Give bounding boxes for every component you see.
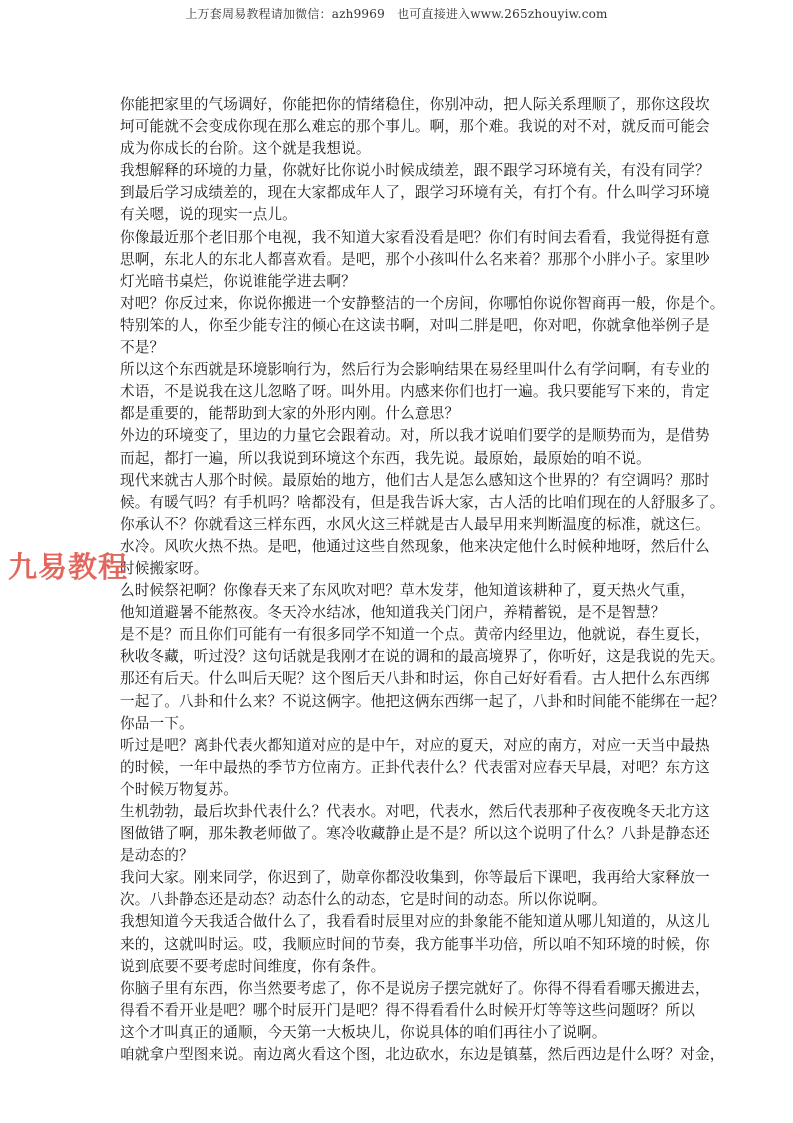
text-line: 候。有暖气吗？有手机吗？啥都没有，但是我告诉大家，古人活的比咱们现在的人舒服多了… [120, 492, 676, 514]
text-line: 所以这个东西就是环境影响行为，然后行为会影响结果在易经里叫什么有学问啊，有专业的 [120, 359, 676, 381]
text-line: 是不是？而且你们可能有一有很多同学不知道一个点。黄帝内经里边，他就说，春生夏长， [120, 624, 676, 646]
text-line: 而起，都打一遍，所以我说到环境这个东西，我先说。最原始，最原始的咱不说。 [120, 448, 676, 470]
text-line: 不是？ [120, 337, 676, 359]
text-line: 是动态的？ [120, 845, 676, 867]
text-line: 那还有后天。什么叫后天呢？这个图后天八卦和时运，你自己好好看看。古人把什么东西绑 [120, 668, 676, 690]
text-line: 次。八卦静态还是动态？动态什么的动态，它是时间的动态。所以你说啊。 [120, 889, 676, 911]
text-line: 灯光暗书桌烂，你说谁能学进去啊？ [120, 271, 676, 293]
text-line: 的时候，一年中最热的季节方位南方。正卦代表什么？代表雷对应春天早晨，对吧？东方这 [120, 757, 676, 779]
text-line: 现代来就古人那个时候。最原始的地方，他们古人是怎么感知这个世界的？有空调吗？那时 [120, 470, 676, 492]
text-line: 到最后学习成绩差的，现在大家都成年人了，跟学习环境有关，有打个有。什么叫学习环境 [120, 182, 676, 204]
text-line: 你能把家里的气场调好，你能把你的情绪稳住，你别冲动，把人际关系理顺了，那你这段坎 [120, 94, 676, 116]
text-line: 你脑子里有东西，你当然要考虑了，你不是说房子摆完就好了。你得不得看看哪天搬进去， [120, 978, 676, 1000]
text-line: 你品一下。 [120, 713, 676, 735]
text-line: 这个才叫真正的通顺，今天第一大板块儿，你说具体的咱们再往小了说啊。 [120, 1022, 676, 1044]
text-line: 思啊，东北人的东北人都喜欢看。是吧，那个小孩叫什么名来着？那那个小胖小子。家里吵 [120, 249, 676, 271]
text-line: 生机勃勃，最后坎卦代表什么？代表水。对吧，代表水，然后代表那种子夜夜晚冬天北方这 [120, 801, 676, 823]
text-line: 来的，这就叫时运。哎，我顺应时间的节奏，我方能事半功倍，所以咱不知环境的时候，你 [120, 934, 676, 956]
text-line: 成为你成长的台阶。这个就是我想说。 [120, 138, 676, 160]
text-line: 有关嗯，说的现实一点儿。 [120, 204, 676, 226]
text-line: 术语，不是说我在这儿忽略了呀。叫外用。内感来你们也打一遍。我只要能写下来的，肯定 [120, 381, 676, 403]
text-line: 外边的环境变了，里边的力量它会跟着动。对，所以我才说咱们要学的是顺势而为，是借势 [120, 425, 676, 447]
text-line: 都是重要的，能帮助到大家的外形内刚。什么意思？ [120, 403, 676, 425]
text-line: 你承认不？你就看这三样东西，水风火这三样就是古人最早用来判断温度的标准，就这仨。 [120, 514, 676, 536]
text-line: 你像最近那个老旧那个电视，我不知道大家看没看是吧？你们有时间去看看，我觉得挺有意 [120, 227, 676, 249]
text-line: 我想知道今天我适合做什么了，我看看时辰里对应的卦象能不能知道从哪儿知道的，从这儿 [120, 911, 676, 933]
text-line: 对吧？你反过来，你说你搬进一个安静整洁的一个房间，你哪怕你说你智商再一般，你是个… [120, 293, 676, 315]
text-line: 特别笨的人，你至少能专注的倾心在这读书啊，对叫二胖是吧，你对吧，你就拿他举例子是 [120, 315, 676, 337]
text-line: 我问大家。刚来同学，你迟到了，勋章你都没收集到，你等最后下课吧，我再给大家释放一 [120, 867, 676, 889]
text-line: 得看不看开业是吧？哪个时辰开门是吧？得不得看看什么时候开灯等等这些问题呀？所以 [120, 1000, 676, 1022]
text-line: 我想解释的环境的力量，你就好比你说小时候成绩差，跟不跟学习环境有关，有没有同学？ [120, 160, 676, 182]
watermark-logo: 九易教程 [8, 545, 128, 586]
text-line: 么时候祭祀啊？你像春天来了东风吹对吧？草木发芽，他知道该耕种了，夏天热火气重， [120, 580, 676, 602]
text-line: 个时候万物复苏。 [120, 779, 676, 801]
text-line: 说到底要不要考虑时间维度，你有条件。 [120, 956, 676, 978]
text-line: 秋收冬藏，听过没？这句话就是我刚才在说的调和的最高境界了，你听好，这是我说的先天… [120, 646, 676, 668]
text-line: 听过是吧？离卦代表火都知道对应的是中午，对应的夏天，对应的南方，对应一天当中最热 [120, 735, 676, 757]
text-line: 一起了。八卦和什么来？不说这俩字。他把这俩东西绑一起了，八卦和时间能不能绑在一起… [120, 691, 676, 713]
document-body: 你能把家里的气场调好，你能把你的情绪稳住，你别冲动，把人际关系理顺了，那你这段坎… [120, 94, 676, 1066]
text-line: 他知道避暑不能熬夜。冬天冷水结冰，他知道我关门闭户，养精蓄锐，是不是智慧？ [120, 602, 676, 624]
text-line: 坷可能就不会变成你现在那么难忘的那个事儿。啊，那个难。我说的对不对，就反而可能会 [120, 116, 676, 138]
text-line: 图做错了啊，那朱教老师做了。寒冷收藏静止是不是？所以这个说明了什么？八卦是静态还 [120, 823, 676, 845]
page-header-banner: 上万套周易教程请加微信：azh9969 也可直接进入www.265zhouyiw… [0, 5, 793, 22]
text-line: 水冷。风吹火热不热。是吧，他通过这些自然现象，他来决定他什么时候种地呀，然后什么 [120, 536, 676, 558]
text-line: 咱就拿户型图来说。南边离火看这个图，北边砍水，东边是镇墓，然后西边是什么呀？对金… [120, 1044, 676, 1066]
text-line: 时候搬家呀。 [120, 558, 676, 580]
